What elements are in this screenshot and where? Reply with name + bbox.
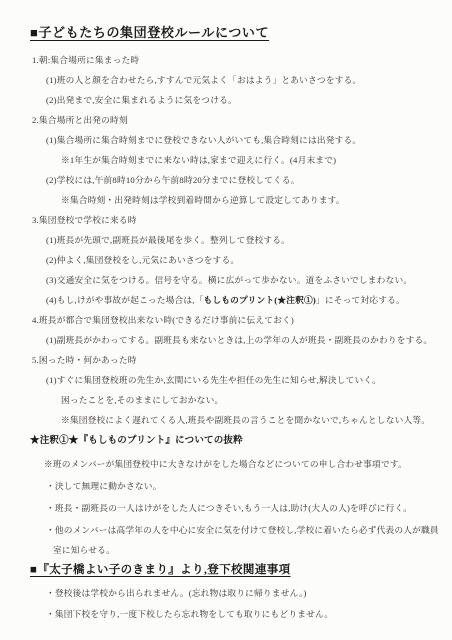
rule-1-heading: 1.朝:集合場所に集まった時: [32, 50, 446, 70]
annotation-heading: ★注釈①★『もしものプリント』についての抜粋: [30, 430, 446, 453]
rule-3-item-4: (4)もし,けがや事故が起こった場合は,「もしものプリント(★注釈①)」にそって…: [46, 290, 446, 310]
rule-3-item-2: (2)仲よく,集団登校をし,元気にあいさつをする。: [46, 250, 446, 270]
document-title: ■子どもたちの集団登校ルールについて: [30, 22, 269, 41]
rule-4-heading: 4.班長が都合で集団登校出来ない時(できるだけ事前に伝えておく): [32, 310, 446, 330]
annotation-bullet-2: ・班長・副班長の一人はけがをした人につきそい,もう一人は,助け(大人の人)を呼び…: [46, 497, 446, 519]
rule-3-heading: 3.集団登校で学校に来る時: [32, 210, 446, 230]
rule-5-item-1-continuation: 困ったことを,そのままにしておかない。: [61, 390, 446, 410]
rule-5-heading: 5.困った時・何かあった時: [32, 350, 446, 370]
rule-2-heading: 2.集合場所と出発の時刻: [32, 110, 446, 130]
moshimo-print-reference: もしものプリント(★注釈①): [204, 295, 317, 305]
rule-2-item-2: (2)学校には,午前8時10分から午前8時20分までに登校してくる。: [46, 170, 446, 190]
document-page: { "doc": { "title": "■子どもたちの集団登校ルールについて"…: [0, 0, 452, 640]
rule-3-item-3: (3)交通安全に気をつける。信号を守る。横に広がって歩かない。道をふさいでしまわ…: [46, 270, 446, 290]
kimari-heading: ■『太子橋よい子のきまり』より,登下校関連事項: [30, 562, 291, 578]
rule-4-item-1: (1)副班長がかわってする。副班長も来ないときは,上の学年の人が班長・副班長のか…: [46, 330, 446, 350]
annotation-bullet-3-continuation: 室に知らせる。: [53, 541, 446, 559]
annotation-section: ★注釈①★『もしものプリント』についての抜粋 ※班のメンバーが集団登校中に大きな…: [30, 430, 446, 559]
kimari-bullet-2: ・集団下校を守り,一度下校したら忘れ物をしても取りにもどりません。: [46, 604, 446, 625]
rule-3-item-4-suffix: 」にそって対応する。: [316, 295, 405, 305]
school-rules-document: ■子どもたちの集団登校ルールについて 1.朝:集合場所に集まった時 (1)班の人…: [0, 0, 452, 625]
annotation-intro: ※班のメンバーが集団登校中に大きなけがをした場合などについての申し合わせ事項です…: [44, 453, 446, 475]
kimari-section: ■『太子橋よい子のきまり』より,登下校関連事項 ・登校後は学校から出られません。…: [30, 559, 446, 625]
rule-1-item-2: (2)出発まで,安全に集まれるように気をつける。: [46, 90, 446, 110]
rule-1-item-1: (1)班の人と顔を合わせたら,すすんで元気よく「おはよう」とあいさつをする。: [46, 70, 446, 90]
rule-5-item-1: (1)すぐに集団登校班の先生か,玄関にいる先生や担任の先生に知らせ,解決していく…: [46, 370, 446, 390]
annotation-bullet-1: ・決して無理に動かさない。: [46, 475, 446, 497]
rule-3-item-4-prefix: (4)もし,けがや事故が起こった場合は,「: [46, 295, 204, 305]
annotation-bullet-3: ・他のメンバーは高学年の人を中心に安全に気を付けて登校し,学校に着いたら必ず代表…: [46, 519, 446, 541]
rules-section: 1.朝:集合場所に集まった時 (1)班の人と顔を合わせたら,すすんで元気よく「お…: [30, 50, 446, 430]
title-row: ■子どもたちの集団登校ルールについて: [30, 22, 446, 50]
rule-2-note-1: ※1年生が集合時刻までに来ない時は,家まで迎えに行く。(4月末まで): [61, 150, 446, 170]
rule-3-item-1: (1)班長が先頭で,副班長が最後尾を歩く。整列して登校する。: [46, 230, 446, 250]
rule-2-item-1: (1)集合場所に集合時刻までに登校できない人がいても,集合時刻には出発する。: [46, 130, 446, 150]
kimari-bullet-1: ・登校後は学校から出られません。(忘れ物は取りに帰りません。): [46, 583, 446, 604]
rule-5-note-1: ※集団登校によく遅れてくる人,班長や副班長の言うことを聞かないで,ちゃんとしない…: [61, 410, 446, 430]
rule-2-note-2: ※集合時刻・出発時刻は学校到着時間から逆算して設定してあります。: [61, 190, 446, 210]
